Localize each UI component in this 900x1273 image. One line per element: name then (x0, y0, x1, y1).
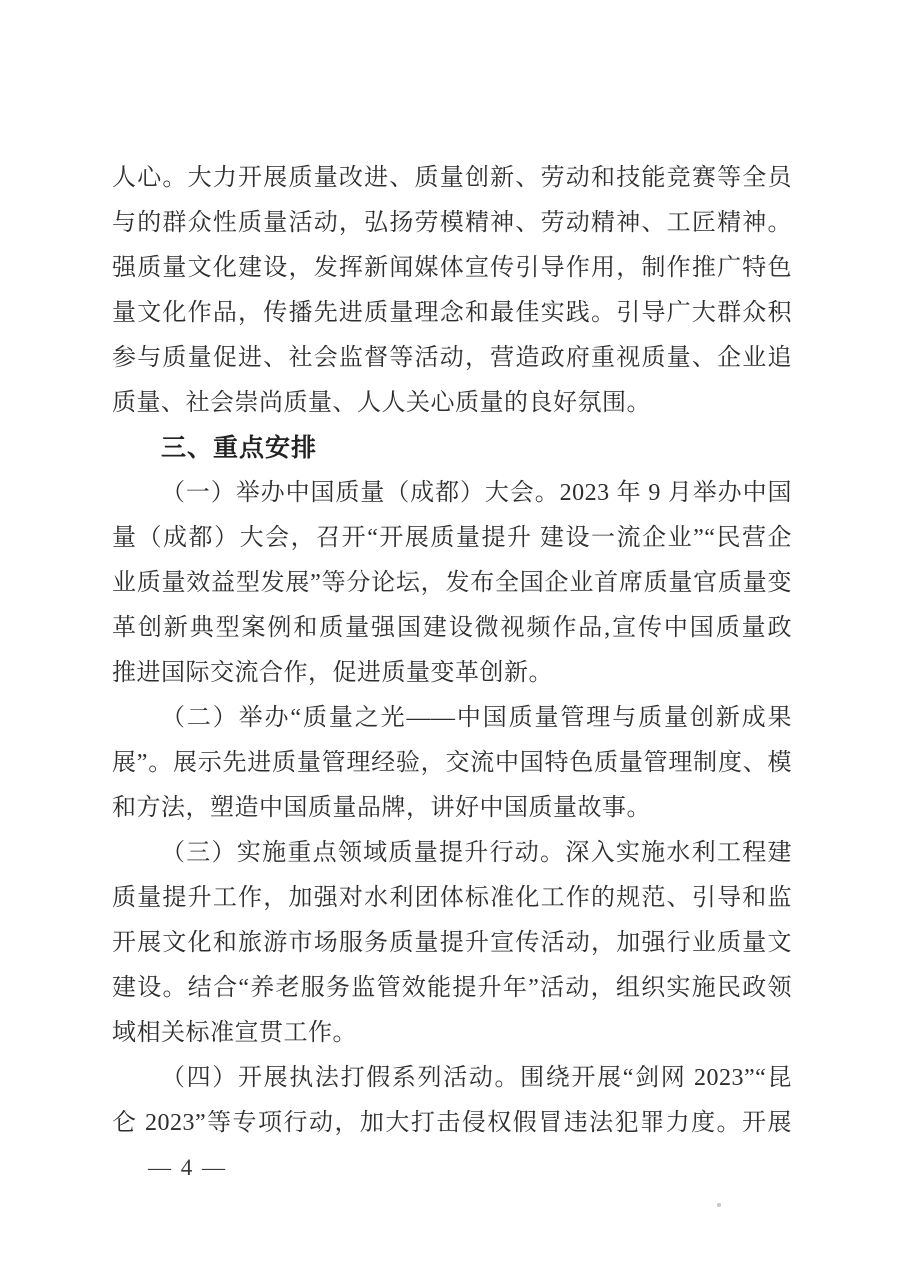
text-line: （二）举办“质量之光——中国质量管理与质量创新成果 (112, 696, 792, 741)
text-line: 和方法，塑造中国质量品牌，讲好中国质量故事。 (112, 786, 792, 831)
text-line: 与的群众性质量活动，弘扬劳模精神、劳动精神、工匠精神。加 (112, 201, 792, 246)
section-heading: 三、重点安排 (112, 426, 792, 471)
scan-artifact-speck (717, 1203, 721, 1207)
text-line: 量（成都）大会，召开“开展质量提升 建设一流企业”“民营企 (112, 516, 792, 561)
text-line: 量文化作品，传播先进质量理念和最佳实践。引导广大群众积极 (112, 291, 792, 336)
page-number: — 4 — (148, 1150, 227, 1186)
text-line: （四）开展执法打假系列活动。围绕开展“剑网 2023”“昆 (112, 1056, 792, 1101)
text-line: 开展文化和旅游市场服务质量提升宣传活动，加强行业质量文化 (112, 921, 792, 966)
text-line: 建设。结合“养老服务监管效能提升年”活动，组织实施民政领 (112, 966, 792, 1011)
text-line: 仑 2023”等专项行动，加大打击侵权假冒违法犯罪力度。开展危 (112, 1101, 792, 1146)
text-line: 参与质量促进、社会监督等活动，营造政府重视质量、企业追求 (112, 336, 792, 381)
text-line: 业质量效益型发展”等分论坛，发布全国企业首席质量官质量变 (112, 561, 792, 606)
text-line: 人心。大力开展质量改进、质量创新、劳动和技能竞赛等全员参 (112, 156, 792, 201)
text-line: 推进国际交流合作，促进质量变革创新。 (112, 651, 792, 696)
text-line: 质量、社会崇尚质量、人人关心质量的良好氛围。 (112, 381, 792, 426)
text-line: 强质量文化建设，发挥新闻媒体宣传引导作用，制作推广特色质 (112, 246, 792, 291)
text-line: 展”。展示先进质量管理经验，交流中国特色质量管理制度、模式 (112, 741, 792, 786)
text-line: 域相关标准宣贯工作。 (112, 1011, 792, 1056)
text-line: 质量提升工作，加强对水利团体标准化工作的规范、引导和监督。 (112, 876, 792, 921)
document-text-block: 人心。大力开展质量改进、质量创新、劳动和技能竞赛等全员参 与的群众性质量活动，弘… (112, 156, 792, 1146)
text-line: （一）举办中国质量（成都）大会。2023 年 9 月举办中国质 (112, 471, 792, 516)
text-line: 革创新典型案例和质量强国建设微视频作品,宣传中国质量政策， (112, 606, 792, 651)
text-line: （三）实施重点领域质量提升行动。深入实施水利工程建设 (112, 831, 792, 876)
